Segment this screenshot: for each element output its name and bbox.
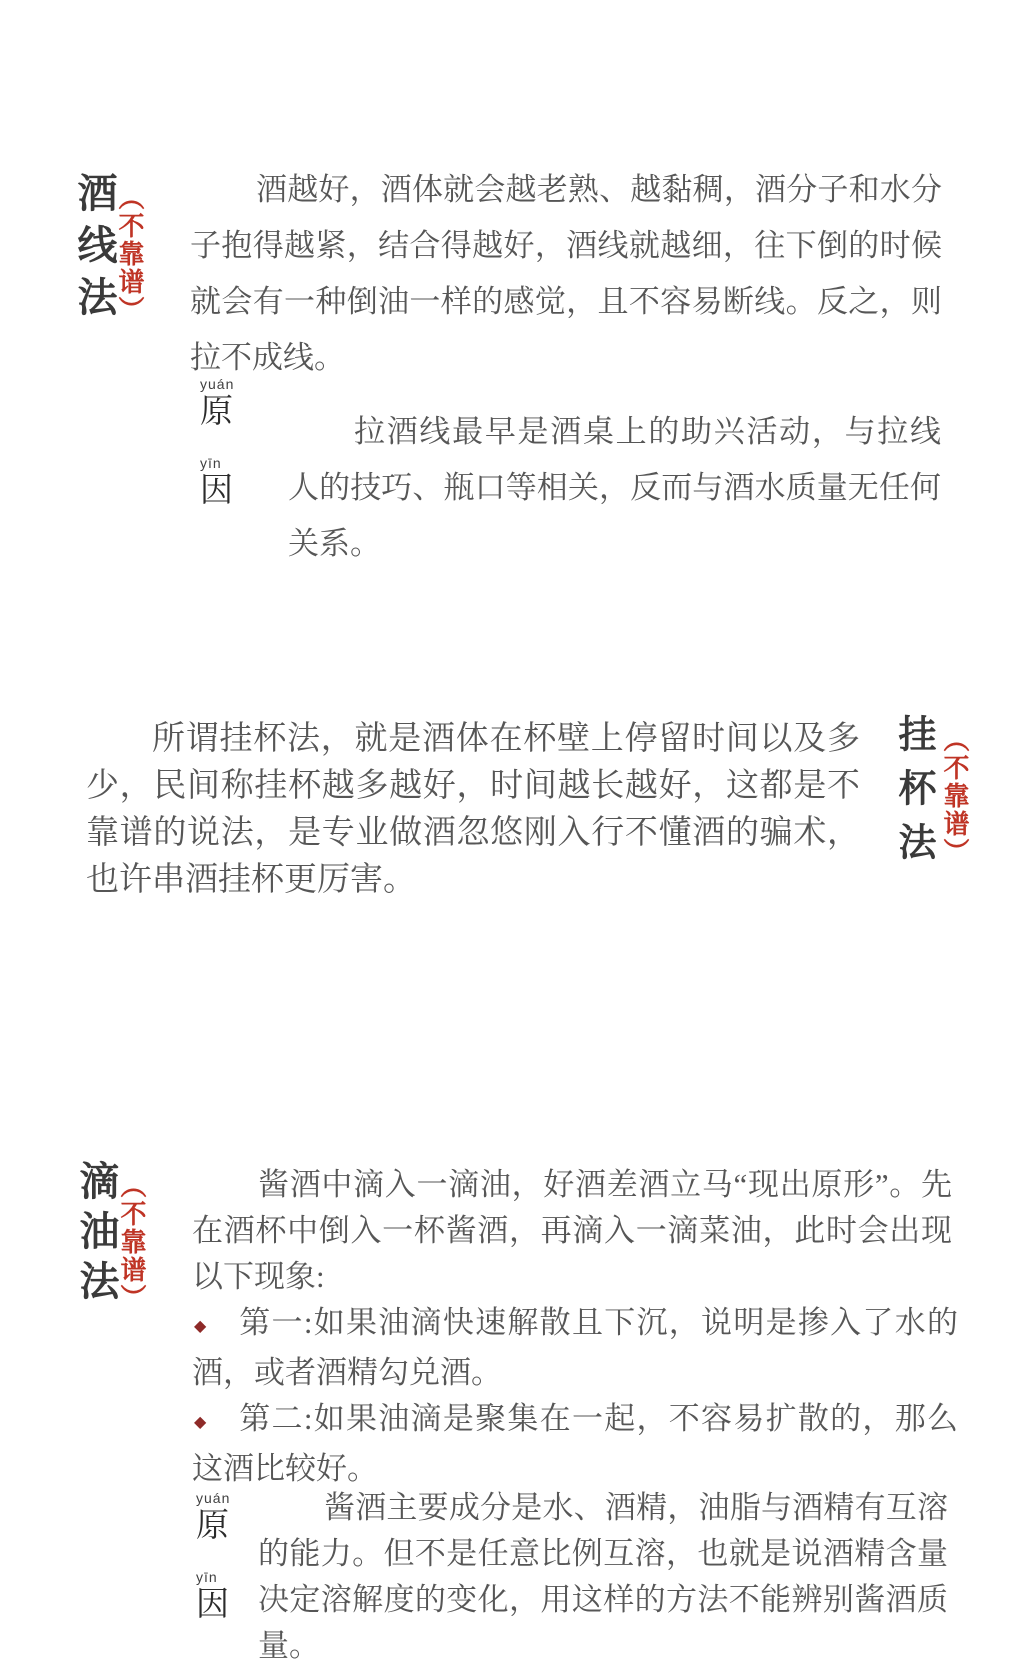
reason-label-diyoufa: yuán 原 yīn 因 xyxy=(196,1490,256,1624)
pinyin-yuan: yuán xyxy=(200,376,260,393)
section-title-guabeifa: 挂杯法 xyxy=(894,714,932,876)
bullet-item-2: ◆第二:如果油滴是聚集在一起，不容易扩散的，那么这酒比较好。 xyxy=(192,1396,958,1492)
pinyin-yin: yīn xyxy=(196,1569,256,1586)
bullet-text-1: 第一:如果油滴快速解散且下沉，说明是掺入了水的酒，或者酒精勾兑酒。 xyxy=(192,1305,958,1390)
pinyin-yin: yīn xyxy=(200,455,260,472)
section-title-jiuxianfa: 酒线法 xyxy=(74,172,114,328)
bullet-item-1: ◆第一:如果油滴快速解散且下沉，说明是掺入了水的酒，或者酒精勾兑酒。 xyxy=(192,1300,958,1396)
reason-char-yin: 因 xyxy=(200,472,260,510)
bullet-text-2: 第二:如果油滴是聚集在一起，不容易扩散的，那么这酒比较好。 xyxy=(192,1401,958,1486)
reason-label-jiuxianfa: yuán 原 yīn 因 xyxy=(200,376,260,510)
paragraph-guabeifa: 所谓挂杯法，就是酒体在杯壁上停留时间以及多少，民间称挂杯越多越好，时间越长越好，… xyxy=(86,716,860,904)
bullet-list: ◆第一:如果油滴快速解散且下沉，说明是掺入了水的酒，或者酒精勾兑酒。 ◆第二:如… xyxy=(192,1300,958,1492)
section-title-diyoufa: 滴油法 xyxy=(76,1160,116,1310)
paragraph-jiuxianfa: 酒越好，酒体就会越老熟、越黏稠，酒分子和水分子抱得越紧，结合得越好，酒线就越细，… xyxy=(190,162,942,386)
page: 酒线法 （不靠谱） 酒越好，酒体就会越老熟、越黏稠，酒分子和水分子抱得越紧，结合… xyxy=(0,0,1035,1672)
reason-char-yuan: 原 xyxy=(200,393,260,431)
reason-paragraph-diyoufa: 酱酒主要成分是水、酒精，油脂与酒精有互溶的能力。但不是任意比例互溶，也就是说酒精… xyxy=(258,1485,948,1669)
pinyin-yuan: yuán xyxy=(196,1490,256,1507)
unreliable-badge-jiuxianfa: （不靠谱） xyxy=(116,184,142,324)
reason-paragraph-jiuxianfa: 拉酒线最早是酒桌上的助兴活动，与拉线人的技巧、瓶口等相关，反而与酒水质量无任何关… xyxy=(288,404,941,572)
reason-char-yuan: 原 xyxy=(196,1507,256,1545)
paragraph-diyoufa: 酱酒中滴入一滴油，好酒差酒立马“现出原形”。先在酒杯中倒入一杯酱酒，再滴入一滴菜… xyxy=(192,1162,952,1300)
unreliable-badge-diyoufa: （不靠谱） xyxy=(118,1172,144,1312)
unreliable-badge-guabeifa: （不靠谱） xyxy=(941,726,967,866)
reason-char-yin: 因 xyxy=(196,1586,256,1624)
diamond-bullet-icon: ◆ xyxy=(192,1304,238,1350)
diamond-bullet-icon: ◆ xyxy=(192,1400,238,1446)
